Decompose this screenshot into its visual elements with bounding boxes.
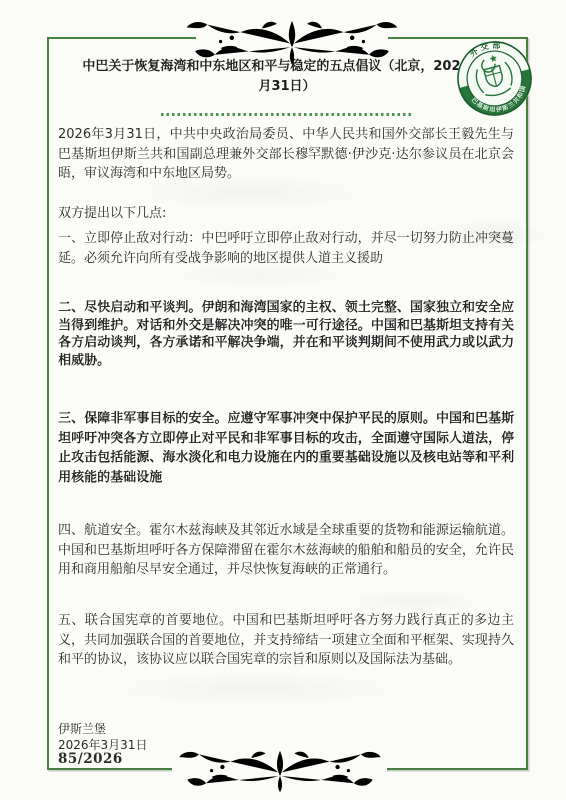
point-2: 二、尽快启动和平谈判。伊朗和海湾国家的主权、领土完整、国家独立和安全应当得到维护… xyxy=(58,299,514,369)
scanned-document-page: 外交部 巴基斯坦伊斯兰共和国 中巴关于恢复海湾和中东地区和平与稳定的五点倡议（北… xyxy=(0,0,566,800)
intro-paragraph: 2026年3月31日，中共中央政治局委员、中华人民共和国外交部长王毅先生与巴基斯… xyxy=(58,125,514,184)
floral-flourish-top-icon xyxy=(186,19,398,66)
point-4: 四、航道安全。霍尔木兹海峡及其邻近水域是全球重要的货物和能源运输航道。中国和巴基… xyxy=(58,521,514,580)
footer-reference-number: 85/2026 xyxy=(58,752,123,767)
dotted-separator xyxy=(161,113,411,116)
point-1: 一、立即停止敌对行动：中巴呼吁立即停止敌对行动，并尽一切努力防止冲突蔓延。必须允… xyxy=(58,229,514,268)
point-5: 五、联合国宪章的首要地位。中国和巴基斯坦呼吁各方努力践行真正的多边主义，共同加强… xyxy=(58,611,514,670)
floral-flourish-bottom-icon xyxy=(178,749,382,794)
lead-line: 双方提出以下几点: xyxy=(58,204,514,224)
footer-place: 伊斯兰堡 xyxy=(58,722,106,737)
point-3: 三、保障非军事目标的安全。应遵守军事冲突中保护平民的原则。中国和巴基斯坦呼吁冲突… xyxy=(58,409,514,487)
